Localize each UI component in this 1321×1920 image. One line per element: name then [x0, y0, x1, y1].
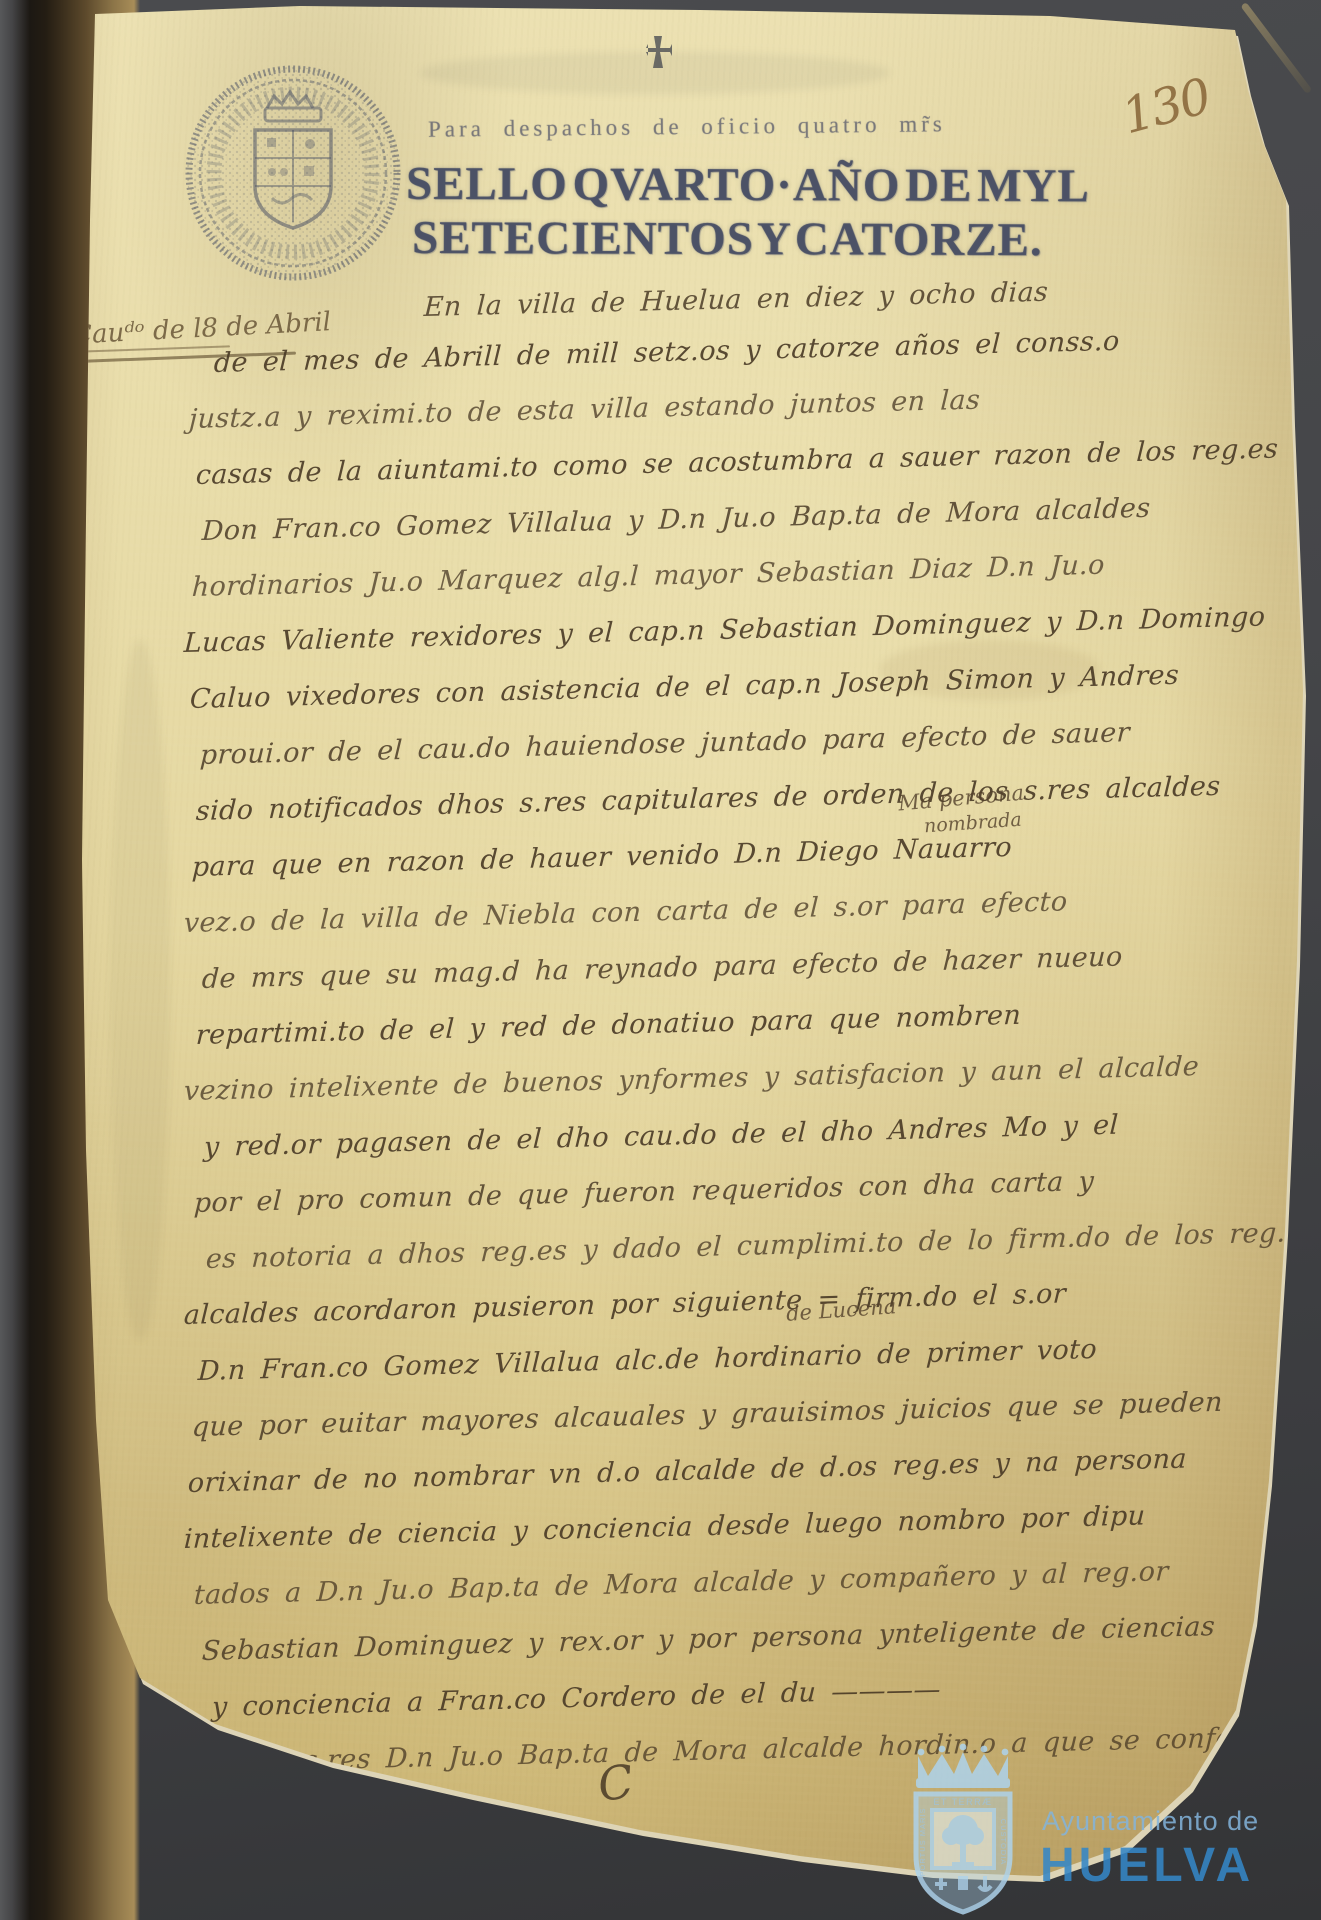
margin-smudge [110, 640, 170, 1340]
watermark-city-name: HUELVA [1040, 1838, 1254, 1893]
seal-title-line-1: SELLO QVARTO·AÑO DE MYL [406, 157, 1090, 213]
royal-seal-icon [172, 52, 414, 294]
page-corner-sliver [1240, 2, 1312, 94]
svg-text:CUSTODIA: CUSTODIA [999, 1819, 1008, 1866]
svg-text:ET TERRÆ: ET TERRÆ [933, 1797, 992, 1807]
svg-text:PORTUS MARIS: PORTUS MARIS [918, 1808, 927, 1877]
maltese-cross-icon [641, 34, 675, 74]
watermark-org-name: Ayuntamiento de [1042, 1806, 1259, 1837]
parchment-page: Para despachos de oficio quatro mr̃s SEL… [0, 0, 1321, 1920]
seal-fee-line: Para despachos de oficio quatro mr̃s [428, 111, 948, 142]
seal-title-line-2: SETECIENTOS Y CATORZE. [412, 211, 1043, 267]
manuscript-scan: Para despachos de oficio quatro mr̃s SEL… [0, 0, 1321, 1920]
closing-flourish: C [594, 1754, 636, 1812]
huelva-crest-icon: ET TERRÆ PORTUS MARIS CUSTODIA [896, 1742, 1030, 1920]
manuscript-text: En la villa de Huelua en diez y ocho dia… [182, 292, 1162, 1804]
